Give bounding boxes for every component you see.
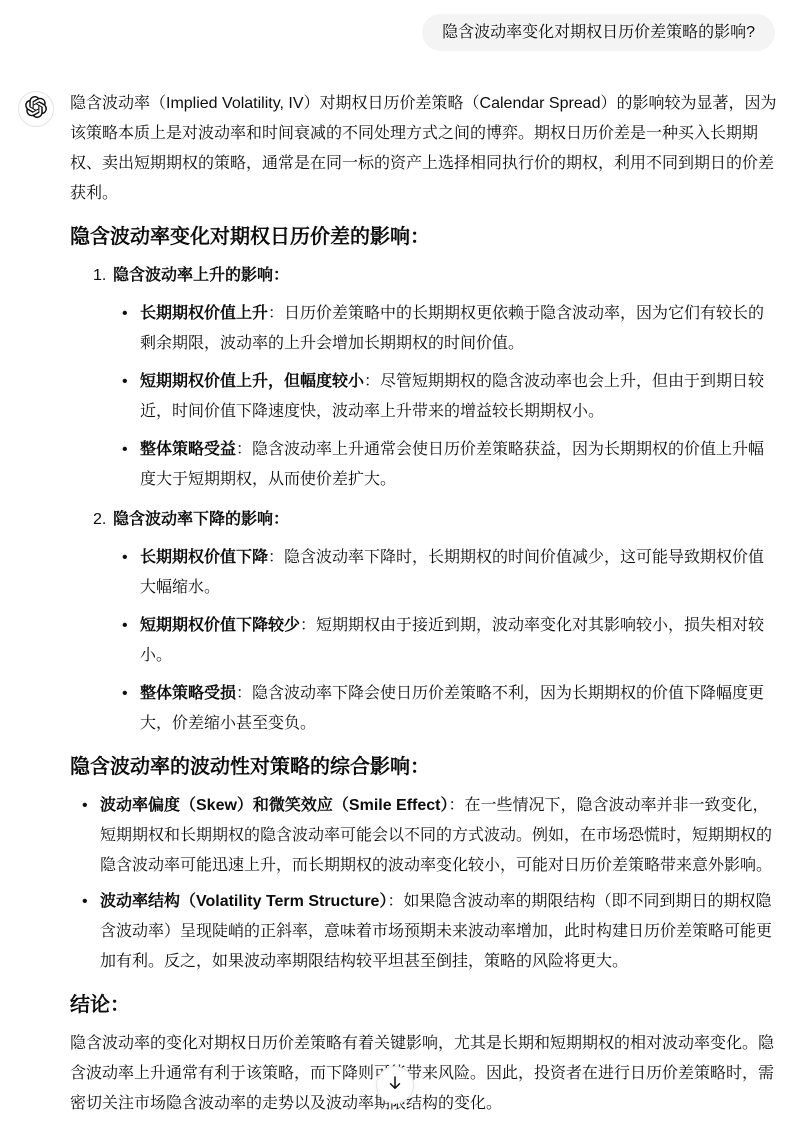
down-arrow-icon (386, 1074, 404, 1097)
numbered-item-1: 1.隐含波动率上升的影响： (70, 261, 777, 291)
list-item: 波动率偏度（Skew）和微笑效应（Smile Effect）：在一些情况下，隐含… (70, 791, 777, 881)
bullet-term: 长期期权价值下降 (140, 549, 268, 566)
bullet-term: 短期期权价值下降较少 (140, 617, 300, 634)
list-item: 短期期权价值上升，但幅度较小：尽管短期期权的隐含波动率也会上升，但由于到期日较近… (70, 367, 777, 427)
conclusion-paragraph: 隐含波动率的变化对期权日历价差策略有着关键影响，尤其是长期和短期期权的相对波动率… (70, 1029, 777, 1119)
user-message-row: 隐含波动率变化对期权日历价差策略的影响? (0, 0, 788, 51)
item-number: 1. (93, 261, 113, 291)
assistant-message-row: 隐含波动率（Implied Volatility, IV）对期权日历价差策略（C… (0, 89, 788, 1121)
bullet-term: 短期期权价值上升，但幅度较小 (140, 373, 364, 390)
assistant-message-body: 隐含波动率（Implied Volatility, IV）对期权日历价差策略（C… (70, 89, 777, 1121)
openai-logo-icon (25, 96, 47, 123)
bullet-term: 整体策略受损 (140, 685, 236, 702)
item1-bullet-list: 长期期权价值上升：日历价差策略中的长期期权更依赖于隐含波动率，因为它们有较长的剩… (70, 299, 777, 495)
list-item: 短期期权价值下降较少：短期期权由于接近到期，波动率变化对其影响较小，损失相对较小… (70, 611, 777, 671)
list-item: 整体策略受益：隐含波动率上升通常会使日历价差策略获益，因为长期期权的价值上升幅度… (70, 435, 777, 495)
section2-heading: 隐含波动率的波动性对策略的综合影响： (70, 753, 777, 781)
intro-paragraph: 隐含波动率（Implied Volatility, IV）对期权日历价差策略（C… (70, 89, 777, 209)
list-item: 整体策略受损：隐含波动率下降会使日历价差策略不利，因为长期期权的价值下降幅度更大… (70, 679, 777, 739)
bullet-term: 波动率偏度（Skew）和微笑效应（Smile Effect） (100, 797, 449, 814)
scroll-to-bottom-button[interactable] (376, 1066, 414, 1104)
item-number: 2. (93, 505, 113, 535)
user-message-text: 隐含波动率变化对期权日历价差策略的影响? (442, 24, 755, 41)
assistant-avatar (18, 91, 54, 127)
list-item: 长期期权价值上升：日历价差策略中的长期期权更依赖于隐含波动率，因为它们有较长的剩… (70, 299, 777, 359)
item-title: 隐含波动率下降的影响： (113, 511, 289, 528)
section2-bullet-list: 波动率偏度（Skew）和微笑效应（Smile Effect）：在一些情况下，隐含… (70, 791, 777, 977)
list-item: 长期期权价值下降：隐含波动率下降时，长期期权的时间价值减少，这可能导致期权价值大… (70, 543, 777, 603)
item2-bullet-list: 长期期权价值下降：隐含波动率下降时，长期期权的时间价值减少，这可能导致期权价值大… (70, 543, 777, 739)
list-item: 波动率结构（Volatility Term Structure）：如果隐含波动率… (70, 887, 777, 977)
item-title: 隐含波动率上升的影响： (113, 267, 289, 284)
section1-heading: 隐含波动率变化对期权日历价差的影响： (70, 223, 777, 251)
bullet-term: 波动率结构（Volatility Term Structure） (100, 893, 387, 910)
bullet-term: 长期期权价值上升 (140, 305, 268, 322)
user-message-bubble: 隐含波动率变化对期权日历价差策略的影响? (422, 14, 775, 51)
numbered-item-2: 2.隐含波动率下降的影响： (70, 505, 777, 535)
bullet-term: 整体策略受益 (140, 441, 236, 458)
conclusion-heading: 结论： (70, 991, 777, 1019)
